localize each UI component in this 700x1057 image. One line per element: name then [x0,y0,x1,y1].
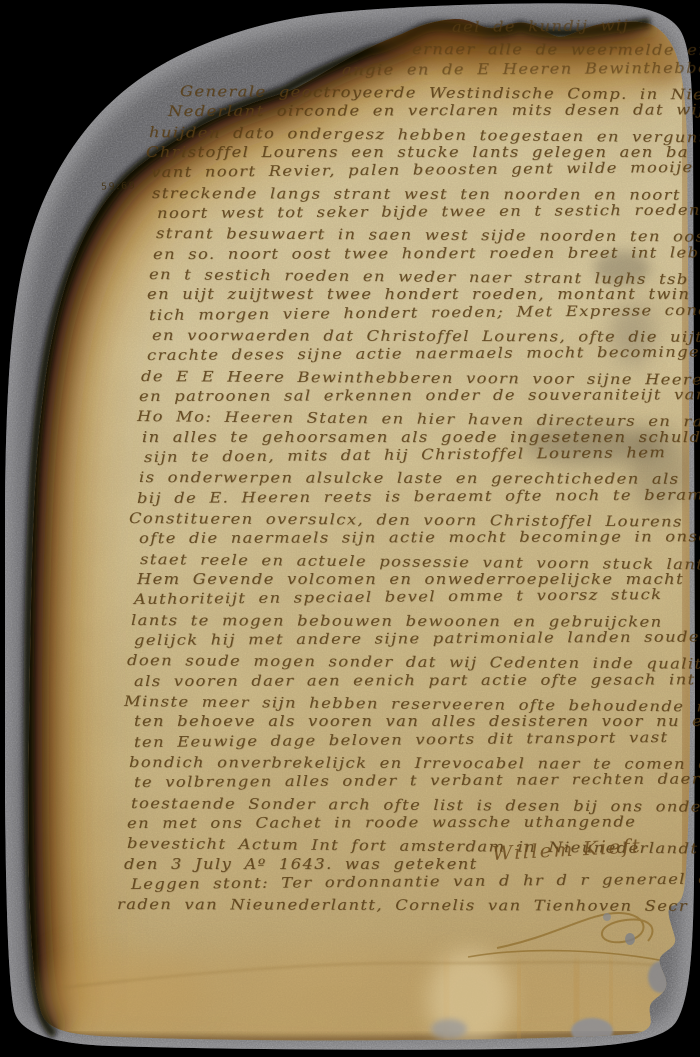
archival-mark: 59:69 [101,180,137,192]
parchment-artwork [0,0,700,1057]
manuscript-scan: 59:69 ael de kundij wijernaer alle de we… [0,0,700,1057]
